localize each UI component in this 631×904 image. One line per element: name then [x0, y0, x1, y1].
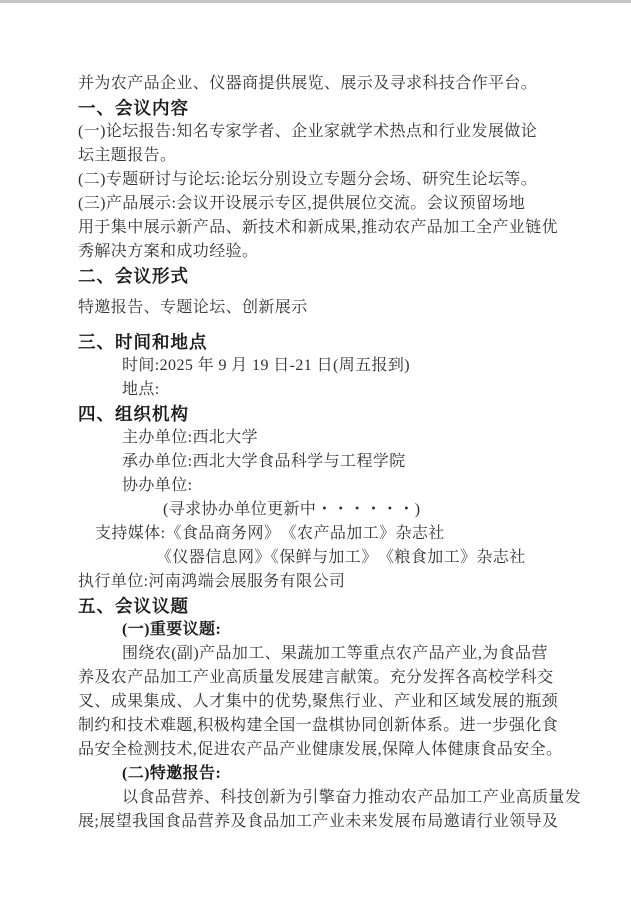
text-line: 主办单位:西北大学 [78, 426, 586, 450]
text-line: (寻求协办单位更新中・・・・・・) [78, 498, 586, 522]
text-line: 承办单位:西北大学食品科学与工程学院 [78, 450, 586, 474]
text-line: 品安全检测技术,促进农产品产业健康发展,保障人体健康食品安全。 [78, 738, 586, 762]
text-line: 制约和技术难题,积极构建全国一盘棋协同创新体系。进一步强化食 [78, 714, 586, 738]
text-line: 坛主题报告。 [78, 144, 586, 168]
subsection-heading: (一)重要议题: [78, 618, 586, 642]
text-line: 展;展望我国食品营养及食品加工产业未来发展布局邀请行业领导及 [78, 810, 586, 834]
subsection-heading: (二)特邀报告: [78, 762, 586, 786]
text-line: 并为农产品企业、仪器商提供展览、展示及寻求科技合作平台。 [78, 72, 586, 96]
text-line: 协办单位: [78, 474, 586, 498]
text-line: 叉、成果集成、人才集中的优势,聚焦行业、产业和区域发展的瓶颈 [78, 690, 586, 714]
text-line: (二)专题研讨与论坛:论坛分别设立专题分会场、研究生论坛等。 [78, 168, 586, 192]
section-heading: 一、会议内容 [78, 96, 586, 120]
section-heading: 三、时间和地点 [78, 330, 586, 354]
text-line: 特邀报告、专题论坛、创新展示 [78, 296, 586, 320]
text-line: 秀解决方案和成功经验。 [78, 240, 586, 264]
text-line: 养及农产品加工产业高质量发展建言献策。充分发挥各高校学科交 [78, 666, 586, 690]
text-line: 地点: [78, 378, 586, 402]
text-line: 支持媒体:《食品商务网》 《农产品加工》杂志社 [78, 522, 586, 546]
text-line: 时间:2025 年 9 月 19 日-21 日(周五报到) [78, 354, 586, 378]
document-page: 并为农产品企业、仪器商提供展览、展示及寻求科技合作平台。一、会议内容(一)论坛报… [0, 0, 631, 904]
text-line: 以食品营养、科技创新为引擎奋力推动农产品加工产业高质量发 [78, 786, 586, 810]
section-heading: 二、会议形式 [78, 264, 586, 288]
section-heading: 五、会议议题 [78, 594, 586, 618]
text-line: 围绕农(副)产品加工、果蔬加工等重点农产品产业,为食品营 [78, 642, 586, 666]
text-line: (三)产品展示:会议开设展示专区,提供展位交流。会议预留场地 [78, 192, 586, 216]
text-line: (一)论坛报告:知名专家学者、企业家就学术热点和行业发展做论 [78, 120, 586, 144]
page-top-divider [0, 0, 631, 3]
text-line: 执行单位:河南鸿端会展服务有限公司 [78, 570, 586, 594]
text-line: 《仪器信息网》《保鲜与加工》 《粮食加工》杂志社 [78, 546, 586, 570]
document-content: 并为农产品企业、仪器商提供展览、展示及寻求科技合作平台。一、会议内容(一)论坛报… [78, 72, 586, 834]
section-heading: 四、组织机构 [78, 402, 586, 426]
text-line: 用于集中展示新产品、新技术和新成果,推动农产品加工全产业链优 [78, 216, 586, 240]
